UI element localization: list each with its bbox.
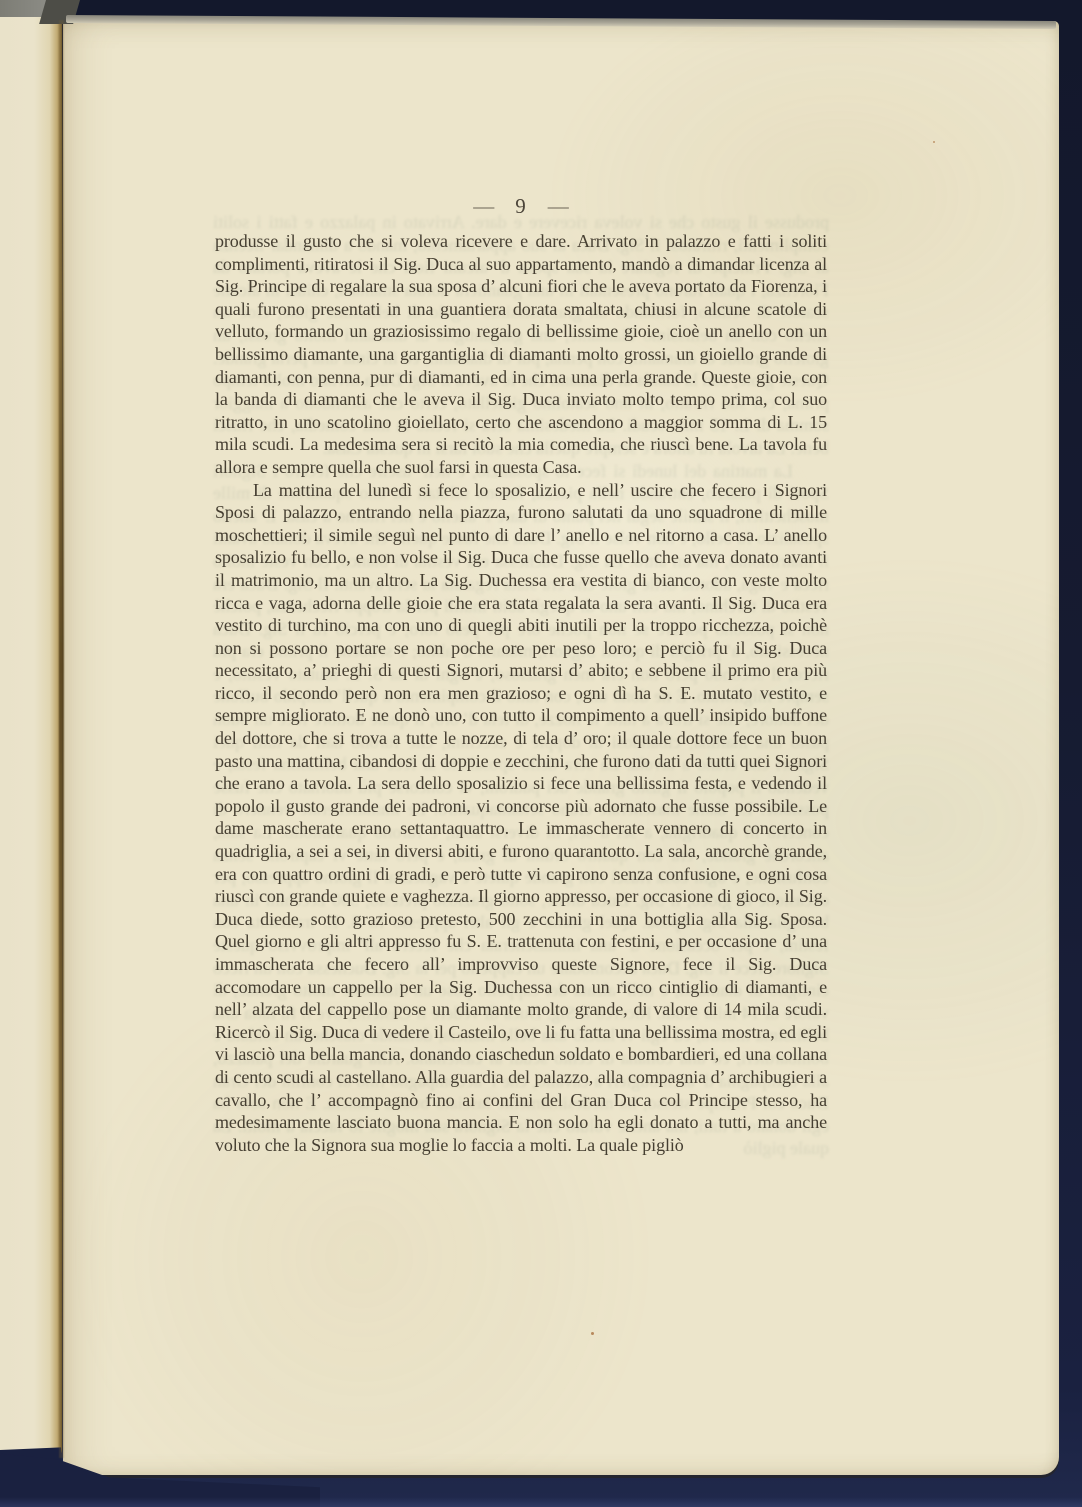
- book-scan-photo: produsse il gusto che si voleva ricevere…: [0, 0, 1082, 1507]
- page-number: 9: [495, 194, 547, 218]
- page-surface: produsse il gusto che si voleva ricevere…: [63, 21, 1059, 1475]
- body-text: produsse il gusto che si voleva ricevere…: [215, 230, 827, 1156]
- paragraph-1: produsse il gusto che si voleva ricevere…: [215, 230, 827, 479]
- page-number-dash-left: —: [472, 194, 495, 218]
- book-gutter-crease: [59, 20, 64, 1458]
- foxing-speck: [591, 1332, 594, 1335]
- page-header: —9—: [215, 193, 827, 219]
- paragraph-2: La mattina del lunedì si fece lo sposali…: [215, 479, 827, 1157]
- facing-page-sliver: [0, 13, 62, 1456]
- foxing-speck: [933, 141, 935, 143]
- cover-bottom-highlight: [0, 1497, 1082, 1507]
- page-number-dash-right: —: [547, 194, 570, 218]
